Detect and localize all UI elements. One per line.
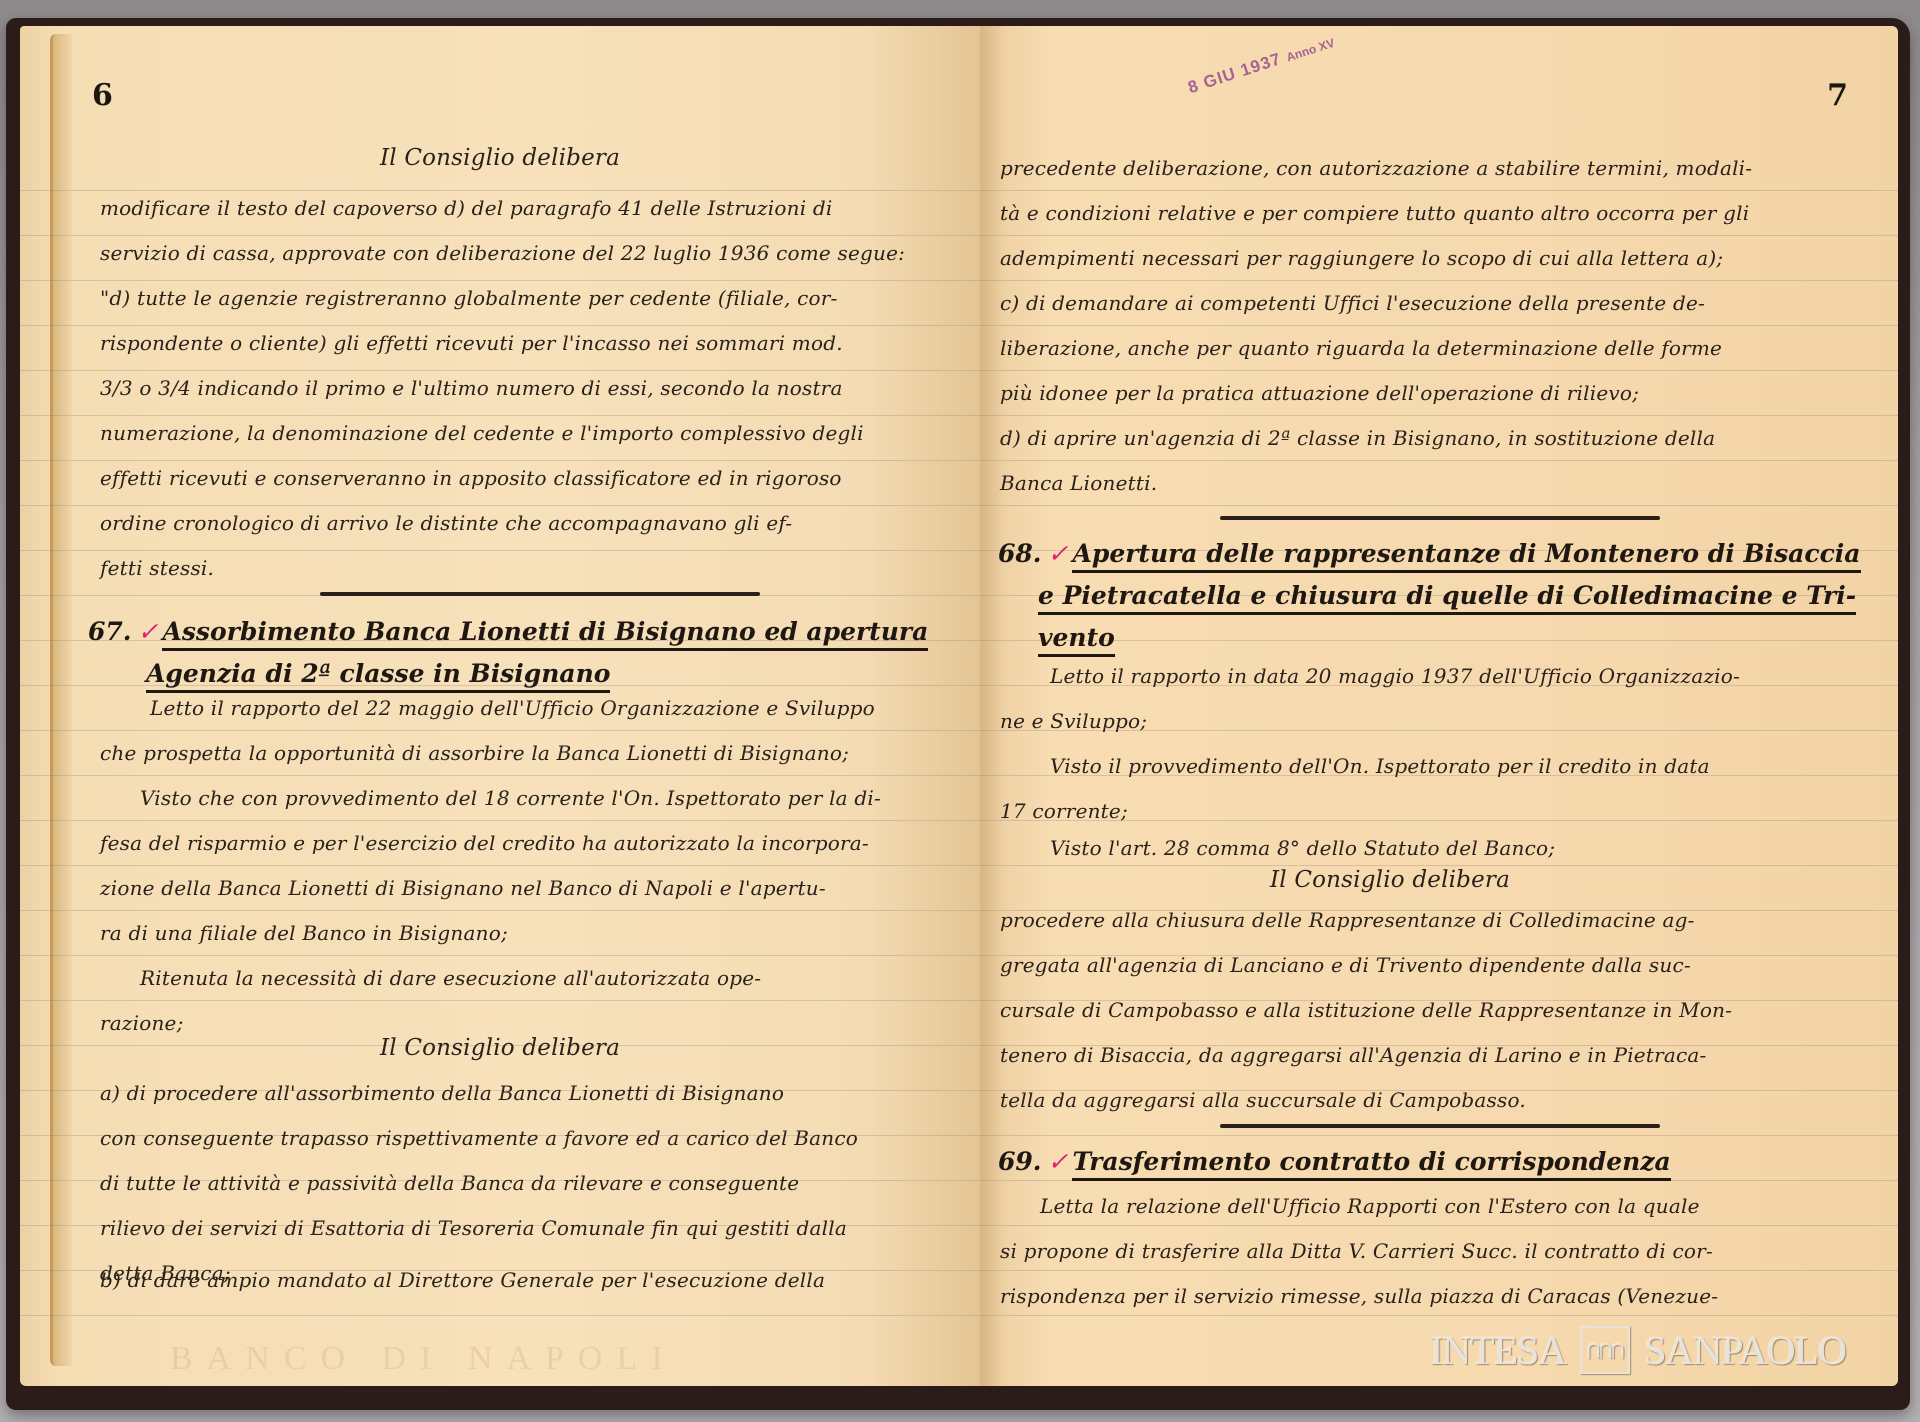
body-line: Letto il rapporto del 22 maggio dell'Uff… bbox=[150, 686, 875, 731]
section-divider bbox=[320, 592, 760, 596]
watermark-left-text: INTESA bbox=[1430, 1327, 1566, 1374]
item-67-title: 67.✓Assorbimento Banca Lionetti di Bisig… bbox=[88, 610, 928, 654]
right-page: 7 precedente deliberazione, con autorizz… bbox=[980, 26, 1898, 1386]
body-line: zione della Banca Lionetti di Bisignano … bbox=[100, 866, 826, 911]
body-line: Letto il rapporto in data 20 maggio 1937… bbox=[1050, 654, 1740, 699]
intesa-sanpaolo-watermark: INTESA ⋂⋂⋂ SANPAOLO bbox=[1430, 1326, 1846, 1374]
continuation-line: c) di demandare ai competenti Uffici l'e… bbox=[1000, 281, 1705, 326]
continuation-line: d) di aprire un'agenzia di 2ª classe in … bbox=[1000, 416, 1715, 461]
continuation-line: ordine cronologico di arrivo le distinte… bbox=[100, 501, 792, 546]
item-number: 67. bbox=[88, 617, 132, 646]
left-page: 6 Il Consiglio delibera modificare il te… bbox=[20, 26, 980, 1386]
item-title-line: Trasferimento contratto di corrispondenz… bbox=[1072, 1147, 1670, 1181]
continuation-line: più idonee per la pratica attuazione del… bbox=[1000, 371, 1639, 416]
continuation-line: "d) tutte le agenzie registreranno globa… bbox=[100, 276, 838, 321]
body-line: rispondenza per il servizio rimesse, sul… bbox=[1000, 1274, 1718, 1319]
continuation-line: adempimenti necessari per raggiungere lo… bbox=[1000, 236, 1723, 281]
resolution-line: gregata all'agenzia di Lanciano e di Tri… bbox=[1000, 943, 1691, 988]
section-divider bbox=[1220, 1124, 1660, 1128]
body-line: si propone di trasferire alla Ditta V. C… bbox=[1000, 1229, 1713, 1274]
council-heading: Il Consiglio delibera bbox=[1210, 858, 1570, 903]
continuation-line: liberazione, anche per quanto riguarda l… bbox=[1000, 326, 1722, 371]
page-number-left: 6 bbox=[92, 78, 113, 113]
body-line: fesa del risparmio e per l'esercizio del… bbox=[100, 821, 869, 866]
item-68-title: 68.✓Apertura delle rappresentanze di Mon… bbox=[998, 532, 1861, 576]
item-number: 68. bbox=[998, 539, 1042, 568]
item-68-title-cont: e Pietracatella e chiusura di quelle di … bbox=[1038, 574, 1856, 618]
resolution-line: tella da aggregarsi alla succursale di C… bbox=[1000, 1078, 1526, 1123]
continuation-line: numerazione, la denominazione del cedent… bbox=[100, 411, 864, 456]
continuation-line: servizio di cassa, approvate con deliber… bbox=[100, 231, 905, 276]
item-title-line: Assorbimento Banca Lionetti di Bisignano… bbox=[162, 617, 928, 651]
section-divider bbox=[1220, 516, 1660, 520]
item-title-line: vento bbox=[1038, 623, 1115, 657]
resolution-line: tenero di Bisaccia, da aggregarsi all'Ag… bbox=[1000, 1033, 1706, 1078]
resolution-line: con conseguente trapasso rispettivamente… bbox=[100, 1116, 858, 1161]
resolution-line: rilievo dei servizi di Esattoria di Teso… bbox=[100, 1206, 847, 1251]
continuation-line: precedente deliberazione, con autorizzaz… bbox=[1000, 146, 1752, 191]
item-number: 69. bbox=[998, 1147, 1042, 1176]
body-line: Ritenuta la necessità di dare esecuzione… bbox=[140, 956, 761, 1001]
continuation-line: fetti stessi. bbox=[100, 546, 214, 591]
body-line: razione; bbox=[100, 1001, 184, 1046]
continuation-line: tà e condizioni relative e per compiere … bbox=[1000, 191, 1749, 236]
continuation-line: 3/3 o 3/4 indicando il primo e l'ultimo … bbox=[100, 366, 843, 411]
body-line: ne e Sviluppo; bbox=[1000, 699, 1147, 744]
body-line: Visto il provvedimento dell'On. Ispettor… bbox=[1050, 744, 1710, 789]
continuation-line: Banca Lionetti. bbox=[1000, 461, 1157, 506]
body-line: Letta la relazione dell'Ufficio Rapporti… bbox=[1040, 1184, 1700, 1229]
item-title-line: Apertura delle rappresentanze di Montene… bbox=[1072, 539, 1860, 573]
check-mark-icon: ✓ bbox=[1048, 1147, 1069, 1176]
bank-logo-icon: ⋂⋂⋂ bbox=[1580, 1326, 1630, 1374]
council-heading-top: Il Consiglio delibera bbox=[320, 136, 680, 181]
resolution-line: procedere alla chiusura delle Rappresent… bbox=[1000, 898, 1695, 943]
item-69-title: 69.✓Trasferimento contratto di corrispon… bbox=[998, 1140, 1671, 1184]
watermark-right-text: SANPAOLO bbox=[1644, 1327, 1846, 1374]
continuation-line: effetti ricevuti e conserveranno in appo… bbox=[100, 456, 842, 501]
continuation-line: rispondente o cliente) gli effetti ricev… bbox=[100, 321, 843, 366]
council-heading: Il Consiglio delibera bbox=[320, 1026, 680, 1071]
body-line: che prospetta la opportunità di assorbir… bbox=[100, 731, 849, 776]
body-line: Visto che con provvedimento del 18 corre… bbox=[140, 776, 881, 821]
body-line: ra di una filiale del Banco in Bisignano… bbox=[100, 911, 508, 956]
embossed-cover-text: BANCO DI NAPOLI bbox=[170, 1340, 677, 1378]
continuation-line: modificare il testo del capoverso d) del… bbox=[100, 186, 832, 231]
resolution-line: a) di procedere all'assorbimento della B… bbox=[100, 1071, 784, 1116]
check-mark-icon: ✓ bbox=[1048, 539, 1069, 568]
item-title-line: e Pietracatella e chiusura di quelle di … bbox=[1038, 581, 1856, 615]
resolution-line: di tutte le attività e passività della B… bbox=[100, 1161, 799, 1206]
check-mark-icon: ✓ bbox=[138, 617, 159, 646]
resolution-line-b: b) di dare ampio mandato al Direttore Ge… bbox=[100, 1258, 825, 1303]
page-number-right: 7 bbox=[1827, 78, 1848, 113]
resolution-line: cursale di Campobasso e alla istituzione… bbox=[1000, 988, 1732, 1033]
